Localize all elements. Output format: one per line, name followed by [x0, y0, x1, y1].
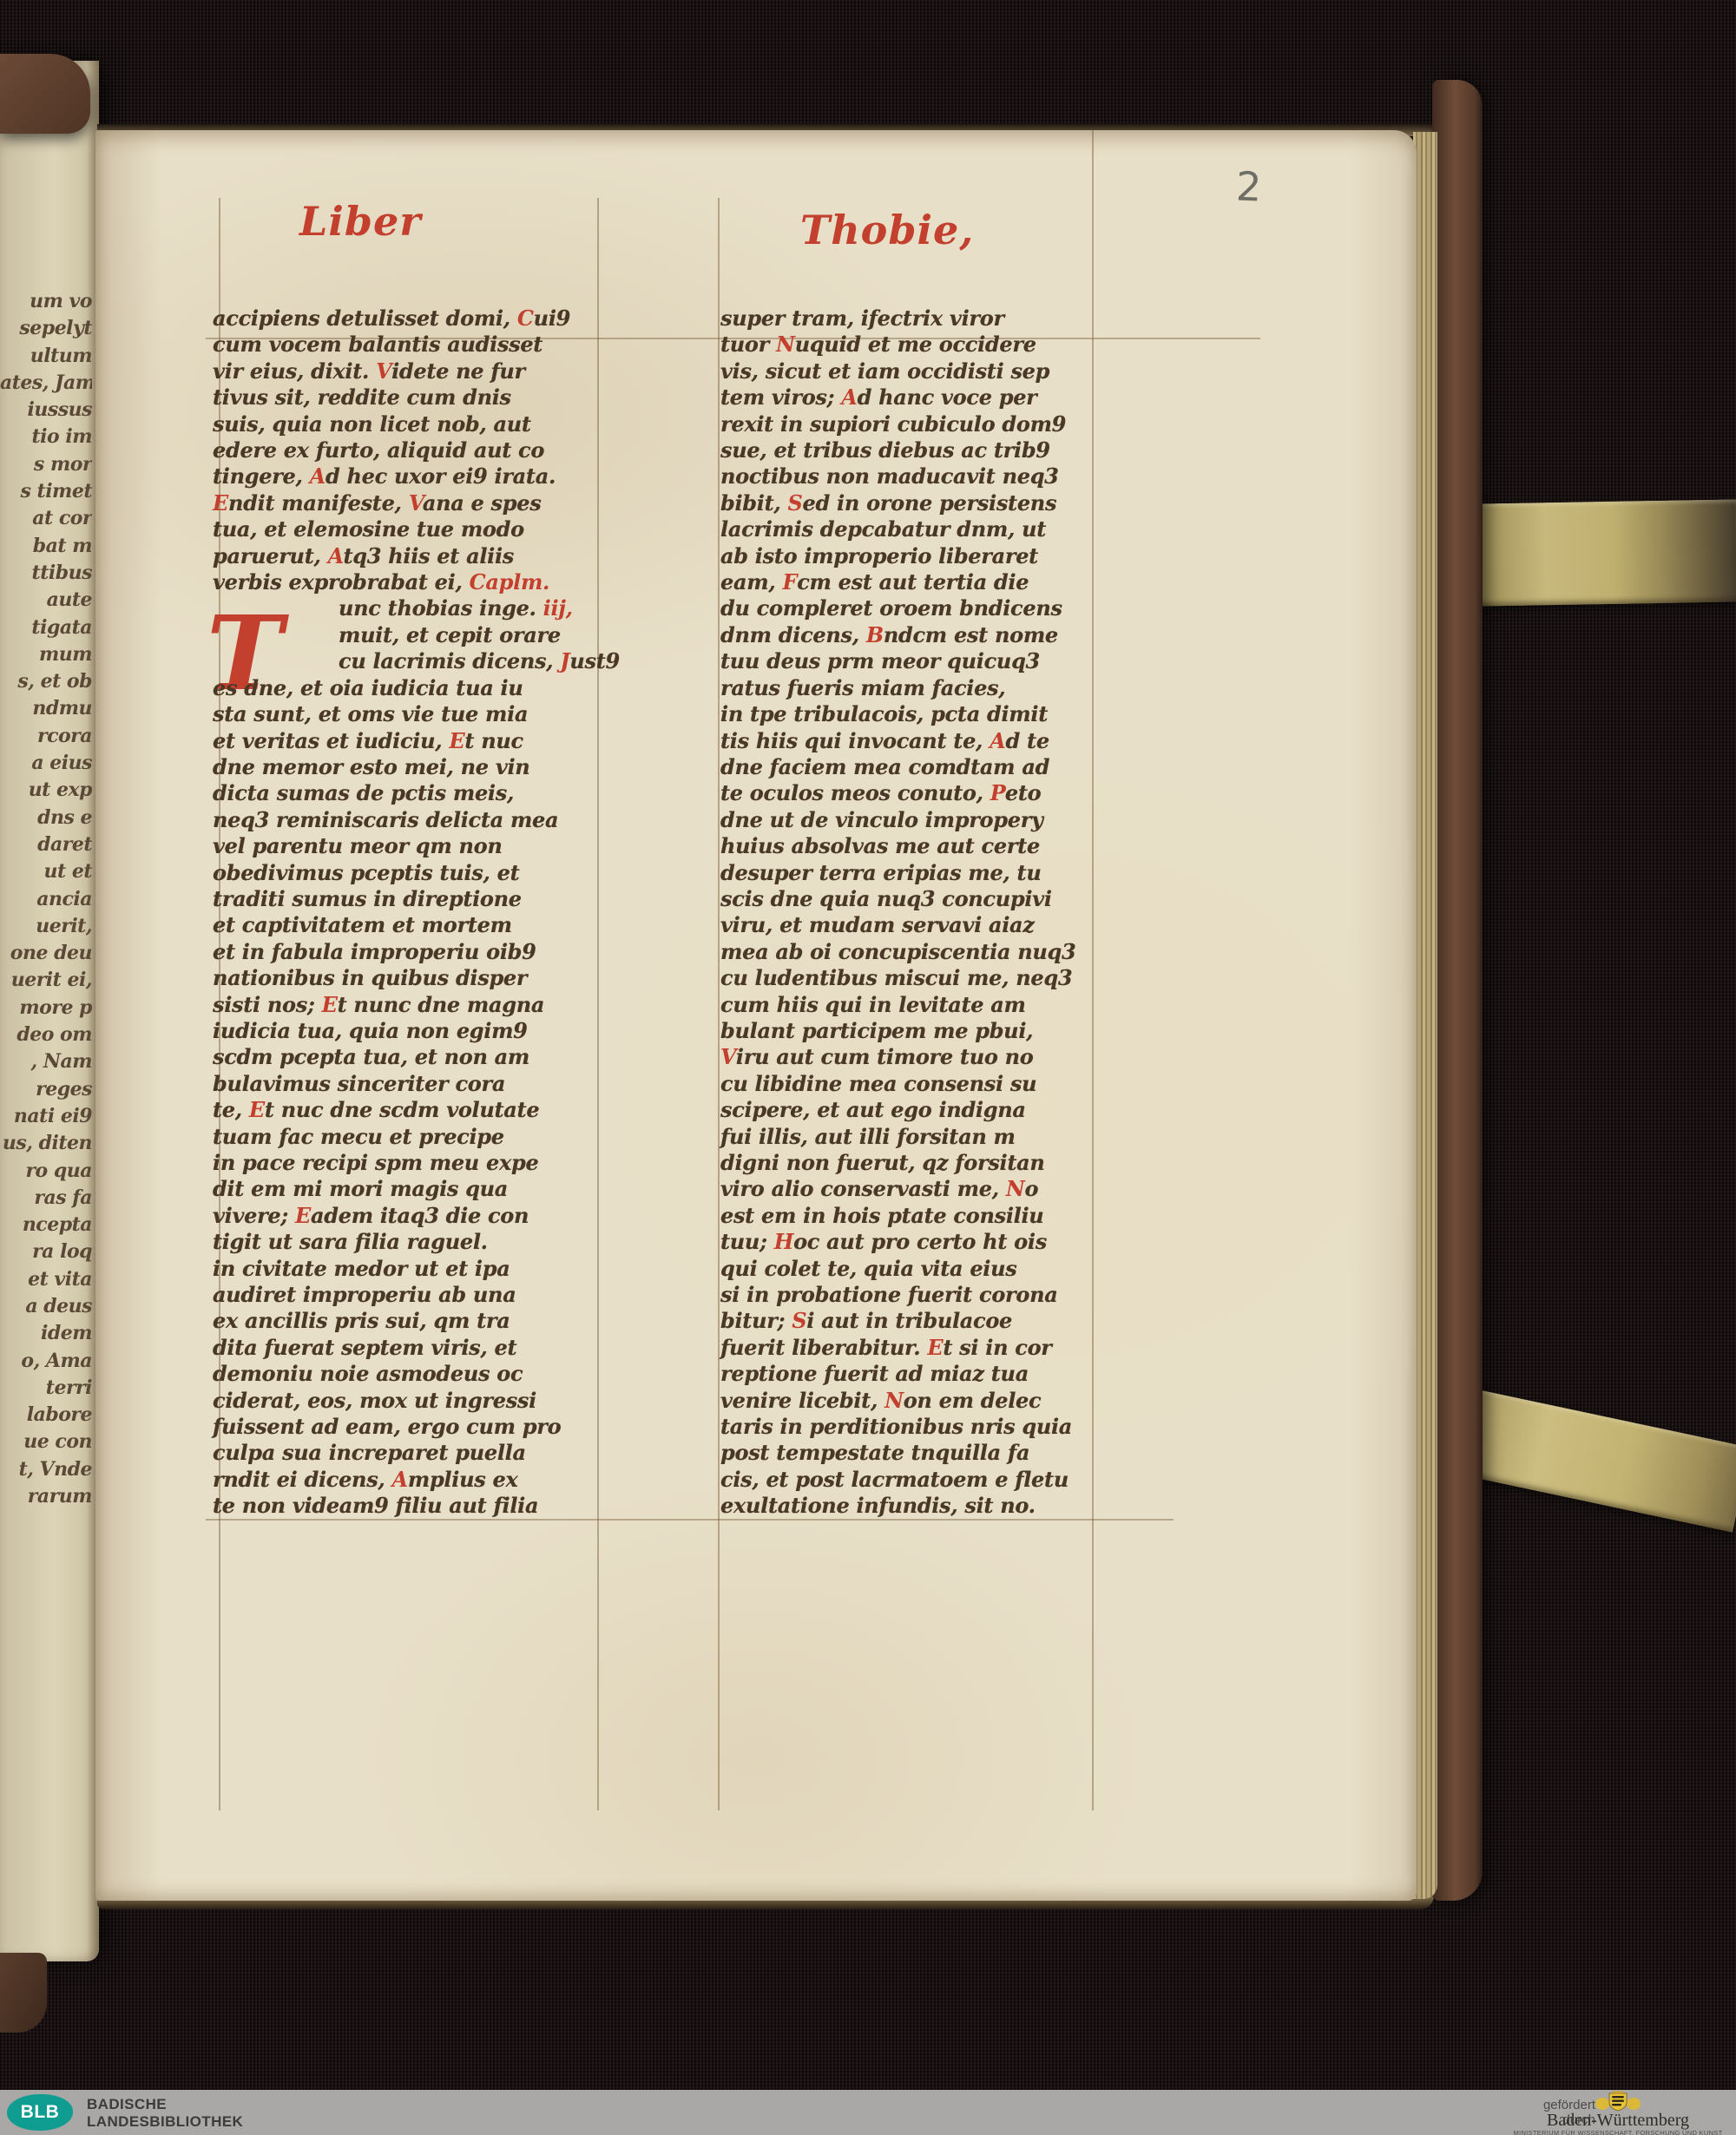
manuscript-text-line: obedivimus pceptis tuis, et — [213, 860, 664, 886]
fragment-line: daret — [0, 831, 92, 858]
fragment-line: ancia — [0, 886, 92, 913]
manuscript-text-line: noctibus non maducavit neq3 — [720, 463, 1172, 489]
library-name: BADISCHE LANDESBIBLIOTHEK — [87, 2096, 243, 2131]
manuscript-text-line: cis, et post lacrmatoem e fletu — [720, 1467, 1172, 1493]
manuscript-text-line: cu ludentibus miscui me, neq3 — [720, 965, 1172, 991]
manuscript-text-line: audiret improperiu ab una — [213, 1282, 664, 1308]
leather-cover-corner-bottom-left — [0, 1953, 47, 2033]
leather-back-cover-edge — [1432, 80, 1483, 1901]
manuscript-text-line: cum vocem balantis audisset — [213, 332, 664, 358]
manuscript-text-line: tivus sit, reddite cum dnis — [213, 384, 664, 411]
previous-page-edge: um vosepelytultumates, Jamiussustio ims … — [0, 61, 99, 1961]
manuscript-text-line: dit em mi mori magis qua — [213, 1176, 664, 1202]
fragment-line: sepelyt — [0, 315, 92, 342]
fragment-line: more p — [0, 995, 92, 1022]
state-name: Baden-Württemberg — [1512, 2112, 1724, 2129]
library-name-line1: BADISCHE — [87, 2096, 243, 2113]
fragment-line: ra loq — [0, 1238, 92, 1265]
manuscript-text-line: dnm dicens, Bndcm est nome — [720, 622, 1172, 648]
manuscript-text-line: cum hiis qui in levitate am — [720, 992, 1172, 1018]
manuscript-text-line: neq3 reminiscaris delicta mea — [213, 807, 664, 833]
fragment-line: idem — [0, 1320, 92, 1347]
fragment-line: ultum — [0, 343, 92, 370]
fragment-line: tio im — [0, 424, 92, 450]
fragment-line: a deus — [0, 1293, 92, 1320]
manuscript-text-line: demoniu noie asmodeus oc — [213, 1361, 664, 1387]
manuscript-text-line: es dne, et oia iudicia tua iu — [213, 675, 664, 701]
fragment-line: deo om — [0, 1022, 92, 1048]
manuscript-text-line: Viru aut cum timore tuo no — [720, 1044, 1172, 1070]
fragment-line: uerit, — [0, 913, 92, 940]
fragment-line: ttibus — [0, 560, 92, 587]
fragment-line: mum — [0, 641, 92, 668]
manuscript-text-line: nationibus in quibus disper — [213, 965, 664, 991]
fragment-line: one deu — [0, 940, 92, 967]
fragment-line: ro qua — [0, 1158, 92, 1185]
manuscript-text-line: tuu; Hoc aut pro certo ht ois — [720, 1229, 1172, 1255]
running-header-right: Thobie, — [800, 207, 974, 253]
manuscript-text-line: iudicia tua, quia non egim9 — [213, 1018, 664, 1044]
fragment-line: ates, Jam — [0, 370, 92, 397]
manuscript-text-line: venire licebit, Non em delec — [720, 1388, 1172, 1414]
manuscript-text-line: unc thobias inge. iij, — [213, 595, 664, 621]
text-column-left: accipiens detulisset domi, Cui9cum vocem… — [213, 305, 664, 1520]
manuscript-text-line: tem viros; Ad hanc voce per — [720, 384, 1172, 411]
brass-clasp-strap-lower — [1447, 1387, 1736, 1533]
library-name-line2: LANDESBIBLIOTHEK — [87, 2113, 243, 2131]
manuscript-text-line: bulant participem me pbui, — [720, 1018, 1172, 1044]
manuscript-text-line: in civitate medor ut et ipa — [213, 1256, 664, 1282]
manuscript-text-line: et captivitatem et mortem — [213, 912, 664, 938]
manuscript-text-line: muit, et cepit orare — [213, 622, 664, 648]
manuscript-text-line: est em in hois ptate consiliu — [720, 1203, 1172, 1229]
manuscript-text-line: mea ab oi concupiscentia nuq3 — [720, 939, 1172, 965]
fragment-line: et vita — [0, 1266, 92, 1293]
fragment-line: s mor — [0, 451, 92, 478]
manuscript-text-line: suis, quia non licet nob, aut — [213, 411, 664, 437]
manuscript-text-line: tingere, Ad hec uxor ei9 irata. — [213, 463, 664, 489]
fragment-line: ue con — [0, 1429, 92, 1455]
blb-logo-text: BLB — [21, 2102, 60, 2123]
manuscript-text-line: desuper terra eripias me, tu — [720, 860, 1172, 886]
digitized-manuscript-scan: um vosepelytultumates, Jamiussustio ims … — [0, 0, 1736, 2135]
manuscript-text-line: vir eius, dixit. Videte ne fur — [213, 358, 664, 384]
fragment-line: at cor — [0, 505, 92, 532]
manuscript-text-line: vis, sicut et iam occidisti sep — [720, 358, 1172, 384]
manuscript-text-line: rexit in supiori cubiculo dom9 — [720, 411, 1172, 437]
manuscript-text-line: dne faciem mea comdtam ad — [720, 754, 1172, 780]
manuscript-text-line: sue, et tribus diebus ac trib9 — [720, 437, 1172, 463]
fragment-line: us, diten — [0, 1130, 92, 1157]
manuscript-text-line: tua, et elemosine tue modo — [213, 516, 664, 542]
manuscript-text-line: tis hiis qui invocant te, Ad te — [720, 728, 1172, 754]
fragment-line: , Nam — [0, 1048, 92, 1075]
fragment-line: s timet — [0, 478, 92, 505]
text-column-right: super tram, ifectrix virortuor Nuquid et… — [720, 305, 1172, 1520]
folio-number: 2 — [1235, 163, 1262, 211]
manuscript-text-line: bitur; Si aut in tribulacoe — [720, 1308, 1172, 1334]
fragment-line: uerit ei, — [0, 967, 92, 994]
manuscript-text-line: traditi sumus in direptione — [213, 886, 664, 912]
manuscript-text-line: viru, et mudam servavi aiaz — [720, 912, 1172, 938]
manuscript-text-line: verbis exprobrabat ei, Caplm. — [213, 569, 664, 595]
manuscript-text-line: qui colet te, quia vita eius — [720, 1256, 1172, 1282]
fragment-line: rarum — [0, 1483, 92, 1510]
manuscript-text-line: lacrimis depcabatur dnm, ut — [720, 516, 1172, 542]
manuscript-text-line: vel parentu meor qm non — [213, 833, 664, 859]
page-block-fore-edge — [1413, 132, 1437, 1899]
baden-wuerttemberg-coat-of-arms-icon — [1512, 2091, 1724, 2112]
manuscript-text-line: tuu deus prm meor quicuq3 — [720, 648, 1172, 674]
manuscript-text-line: fui illis, aut illi forsitan m — [720, 1124, 1172, 1150]
manuscript-text-line: sta sunt, et oms vie tue mia — [213, 701, 664, 727]
manuscript-text-line: et in fabula improperiu oib9 — [213, 939, 664, 965]
manuscript-text-line: ex ancillis pris sui, qm tra — [213, 1308, 664, 1334]
manuscript-text-line: rndit ei dicens, Amplius ex — [213, 1467, 664, 1493]
manuscript-text-line: bulavimus sinceriter cora — [213, 1071, 664, 1097]
fragment-line: rcora — [0, 723, 92, 750]
manuscript-text-line: dne memor esto mei, ne vin — [213, 754, 664, 780]
manuscript-text-line: du compleret oroem bndicens — [720, 595, 1172, 621]
manuscript-text-line: cu libidine mea consensi su — [720, 1071, 1172, 1097]
manuscript-text-line: edere ex furto, aliquid aut co — [213, 437, 664, 463]
fragment-line: iussus — [0, 397, 92, 424]
manuscript-text-line: fuerit liberabitur. Et si in cor — [720, 1335, 1172, 1361]
manuscript-text-line: tuor Nuquid et me occidere — [720, 332, 1172, 358]
blb-logo: BLB — [7, 2094, 73, 2131]
fragment-line: terri — [0, 1375, 92, 1402]
manuscript-text-line: ciderat, eos, mox ut ingressi — [213, 1388, 664, 1414]
fragment-line: ut exp — [0, 777, 92, 804]
fragment-line: tigata — [0, 614, 92, 641]
manuscript-text-line: fuissent ad eam, ergo cum pro — [213, 1414, 664, 1440]
manuscript-text-line: si in probatione fuerit corona — [720, 1282, 1172, 1308]
manuscript-text-line: dicta sumas de pctis meis, — [213, 780, 664, 806]
fragment-line: bat m — [0, 533, 92, 560]
manuscript-text-line: reptione fuerit ad miaz tua — [720, 1361, 1172, 1387]
previous-page-text-fragments: um vosepelytultumates, Jamiussustio ims … — [0, 288, 92, 1510]
fragment-line: dns e — [0, 805, 92, 831]
manuscript-text-line: dita fuerat septem viris, et — [213, 1335, 664, 1361]
leather-cover-corner-top-left — [0, 54, 90, 134]
fragment-line: labore — [0, 1402, 92, 1429]
baden-wuerttemberg-block: Baden-Württemberg MINISTERIUM FÜR WISSEN… — [1512, 2091, 1724, 2135]
manuscript-text-line: in pace recipi spm meu expe — [213, 1150, 664, 1176]
manuscript-text-line: vivere; Eadem itaq3 die con — [213, 1203, 664, 1229]
manuscript-text-line: Endit manifeste, Vana e spes — [213, 490, 664, 516]
manuscript-text-line: ab isto improperio liberaret — [720, 543, 1172, 569]
fragment-line: reges — [0, 1076, 92, 1103]
fragment-line: t, Vnde — [0, 1456, 92, 1483]
footer-bar: BLB BADISCHE LANDESBIBLIOTHEK gefördert … — [0, 2090, 1736, 2135]
manuscript-text-line: culpa sua increparet puella — [213, 1440, 664, 1466]
manuscript-text-line: eam, Fcm est aut tertia die — [720, 569, 1172, 595]
fragment-line: s, et ob — [0, 668, 92, 695]
fragment-line: ndmu — [0, 695, 92, 722]
fragment-line: ut et — [0, 858, 92, 885]
manuscript-text-line: paruerut, Atq3 hiis et aliis — [213, 543, 664, 569]
ruling-vertical-col2-left — [718, 198, 720, 1810]
manuscript-text-line: post tempestate tnquilla fa — [720, 1440, 1172, 1466]
manuscript-text-line: scdm pcepta tua, et non am — [213, 1044, 664, 1070]
manuscript-text-line: super tram, ifectrix viror — [720, 305, 1172, 332]
manuscript-text-line: scipere, et aut ego indigna — [720, 1097, 1172, 1123]
fragment-line: ras fa — [0, 1185, 92, 1212]
manuscript-text-line: et veritas et iudiciu, Et nuc — [213, 728, 664, 754]
brass-clasp-strap-upper — [1476, 499, 1736, 606]
manuscript-text-line: tigit ut sara filia raguel. — [213, 1229, 664, 1255]
manuscript-text-line: bibit, Sed in orone persistens — [720, 490, 1172, 516]
fragment-line: ncepta — [0, 1212, 92, 1238]
manuscript-text-line: digni non fuerut, qz forsitan — [720, 1150, 1172, 1176]
fragment-line: um vo — [0, 288, 92, 315]
manuscript-text-line: tuam fac mecu et precipe — [213, 1124, 664, 1150]
manuscript-text-line: te, Et nuc dne scdm volutate — [213, 1097, 664, 1123]
manuscript-text-line: dne ut de vinculo impropery — [720, 807, 1172, 833]
manuscript-text-line: te oculos meos conuto, Peto — [720, 780, 1172, 806]
fragment-line: o, Ama — [0, 1348, 92, 1375]
manuscript-text-line: sisti nos; Et nunc dne magna — [213, 992, 664, 1018]
fragment-line: nati ei9 — [0, 1103, 92, 1130]
manuscript-text-line: taris in perditionibus nris quia — [720, 1414, 1172, 1440]
manuscript-text-line: accipiens detulisset domi, Cui9 — [213, 305, 664, 332]
manuscript-text-line: in tpe tribulacois, pcta dimit — [720, 701, 1172, 727]
manuscript-text-line: huius absolvas me aut certe — [720, 833, 1172, 859]
manuscript-text-line: ratus fueris miam facies, — [720, 675, 1172, 701]
fragment-line: aute — [0, 587, 92, 614]
manuscript-text-line: te non videam9 filiu aut filia — [213, 1493, 664, 1519]
running-header-left: Liber — [299, 198, 421, 245]
manuscript-text-line: exultatione infundis, sit no. — [720, 1493, 1172, 1519]
fragment-line: a eius — [0, 750, 92, 777]
manuscript-text-line: scis dne quia nuq3 concupivi — [720, 886, 1172, 912]
manuscript-text-line: viro alio conservasti me, No — [720, 1176, 1172, 1202]
manuscript-text-line: cu lacrimis dicens, Just9 — [213, 648, 664, 674]
ministry-caption: MINISTERIUM FÜR WISSENSCHAFT, FORSCHUNG … — [1512, 2129, 1724, 2135]
